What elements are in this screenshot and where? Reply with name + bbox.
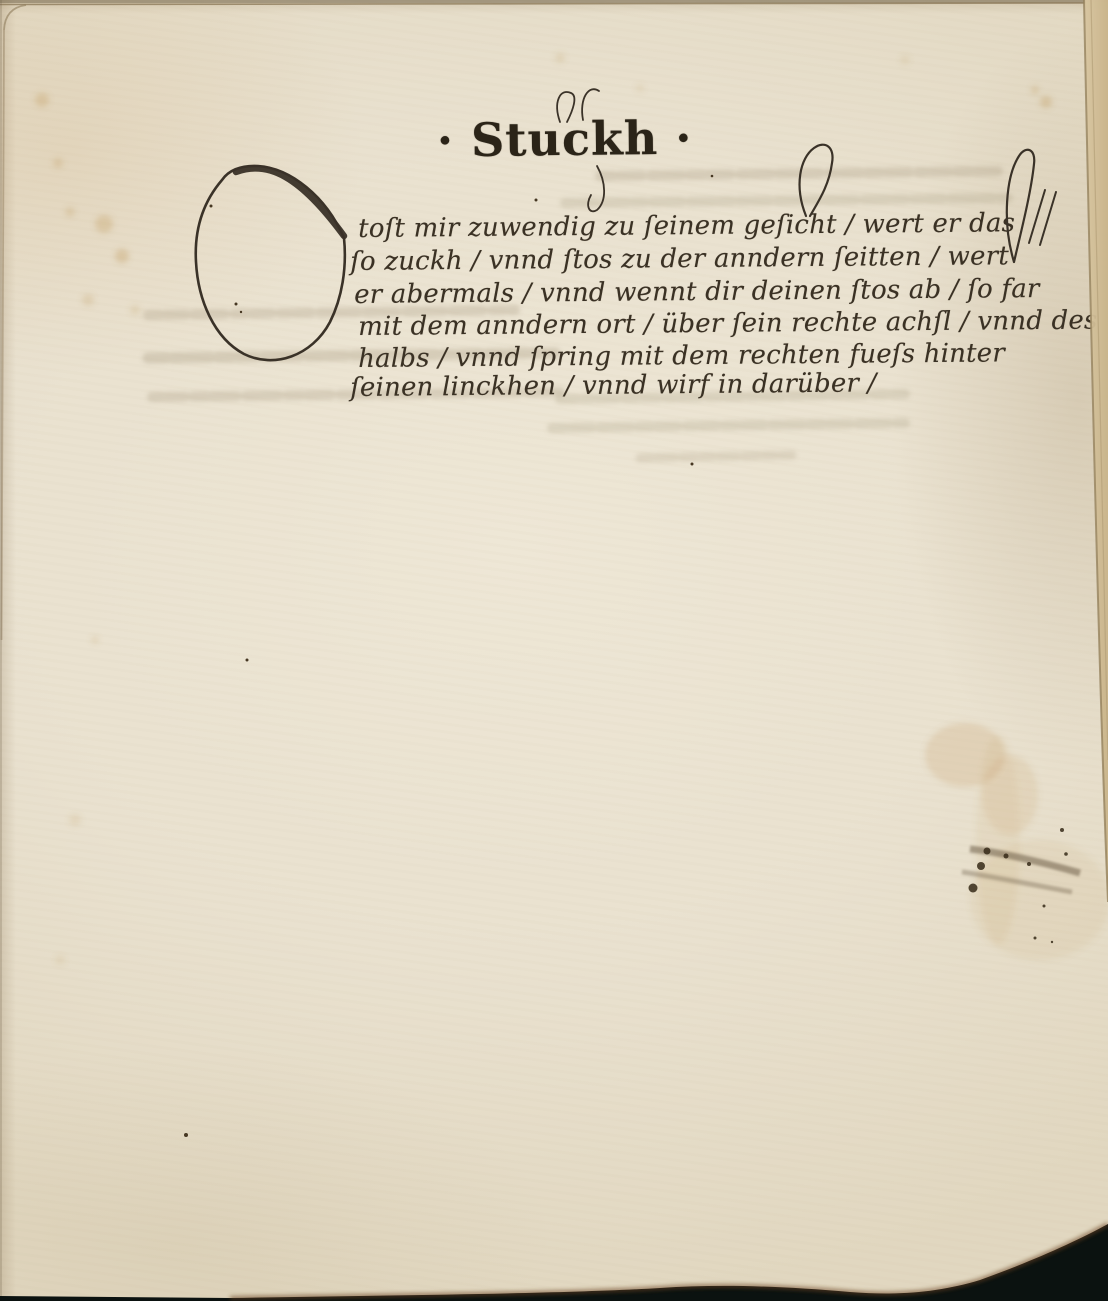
page-edge-lines <box>0 0 1086 1301</box>
page-edge-layer <box>0 0 1108 1301</box>
fore-edge-strip <box>1084 0 1108 902</box>
manuscript-photo: · Stuckh · toſt mir zuwendig zu ſeinem g… <box>0 0 1108 1301</box>
book-shadow-bottom <box>0 1224 1108 1301</box>
